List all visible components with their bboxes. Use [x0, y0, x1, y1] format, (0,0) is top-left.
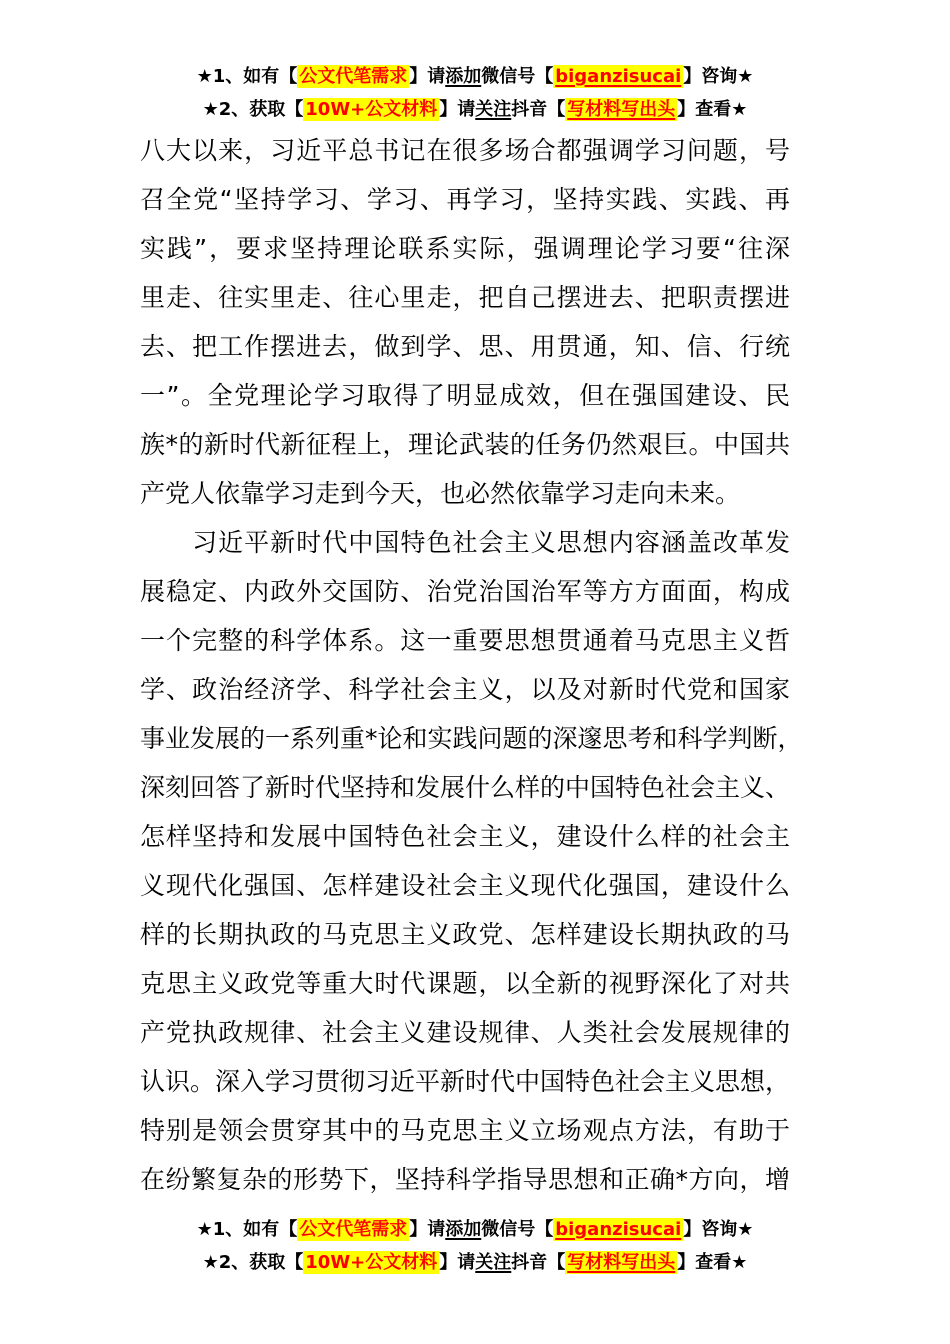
promo-suffix: 】咨询★ — [683, 1219, 753, 1240]
body-line: 实践”，要求坚持理论联系实际，强调理论学习要“往深 — [140, 224, 790, 273]
promo-mid2: 抖音【 — [511, 1252, 565, 1273]
paragraph-1: 八大以来，习近平总书记在很多场合都强调学习问题，号 召全党“坚持学习、学习、再学… — [140, 126, 790, 518]
material-highlight: 10W+公文材料 — [303, 98, 439, 121]
body-line: 克思主义政党等重大时代课题，以全新的视野深化了对共 — [140, 959, 790, 1008]
body-line: 召全党“坚持学习、学习、再学习，坚持实践、实践、再 — [140, 175, 790, 224]
douyin-account-highlight: 写材料写出头 — [565, 98, 677, 121]
body-line: 里走、往实里走、往心里走，把自己摆进去、把职责摆进 — [140, 273, 790, 322]
promo-mid: 】请 — [439, 1252, 475, 1273]
body-line: 认识。深入学习贯彻习近平新时代中国特色社会主义思想， — [140, 1057, 790, 1106]
promo-prefix: ★2、获取【 — [203, 1252, 304, 1273]
promo-line-2: ★2、获取【10W+公文材料】请关注抖音【写材料写出头】查看★ — [0, 1246, 950, 1279]
body-line: 展稳定、内政外交国防、治党治国治军等方方面面，构成 — [140, 567, 790, 616]
body-line: 八大以来，习近平总书记在很多场合都强调学习问题，号 — [140, 126, 790, 175]
underlined-action-follow: 关注 — [475, 99, 511, 120]
document-body: 八大以来，习近平总书记在很多场合都强调学习问题，号 召全党“坚持学习、学习、再学… — [140, 126, 790, 1204]
promo-mid2: 微信号【 — [481, 66, 553, 87]
promo-suffix: 】查看★ — [677, 99, 747, 120]
body-line: 族*的新时代新征程上，理论武装的任务仍然艰巨。中国共 — [140, 420, 790, 469]
underlined-action-add: 添加 — [445, 1219, 481, 1240]
promo-suffix: 】咨询★ — [683, 66, 753, 87]
body-line: 一个完整的科学体系。这一重要思想贯通着马克思主义哲 — [140, 616, 790, 665]
promo-mid2: 抖音【 — [511, 99, 565, 120]
promo-suffix: 】查看★ — [677, 1252, 747, 1273]
body-line: 产党执政规律、社会主义建设规律、人类社会发展规律的 — [140, 1008, 790, 1057]
promo-header: ★1、如有【公文代笔需求】请添加微信号【biganzisucai】咨询★ ★2、… — [0, 60, 950, 126]
promo-line-2: ★2、获取【10W+公文材料】请关注抖音【写材料写出头】查看★ — [0, 93, 950, 126]
underlined-action-follow: 关注 — [475, 1252, 511, 1273]
promo-line-1: ★1、如有【公文代笔需求】请添加微信号【biganzisucai】咨询★ — [0, 60, 950, 93]
promo-line-1: ★1、如有【公文代笔需求】请添加微信号【biganzisucai】咨询★ — [0, 1213, 950, 1246]
promo-prefix: ★1、如有【 — [197, 1219, 298, 1240]
body-line: 深刻回答了新时代坚持和发展什么样的中国特色社会主义、 — [140, 763, 790, 812]
body-line: 产党人依靠学习走到今天，也必然依靠学习走向未来。 — [140, 469, 790, 518]
body-line: 特别是领会贯穿其中的马克思主义立场观点方法，有助于 — [140, 1106, 790, 1155]
service-highlight: 公文代笔需求 — [297, 1218, 409, 1241]
material-highlight: 10W+公文材料 — [303, 1251, 439, 1274]
wechat-id-highlight: biganzisucai — [553, 1218, 683, 1241]
service-highlight: 公文代笔需求 — [297, 65, 409, 88]
body-line: 事业发展的一系列重*论和实践问题的深邃思考和科学判断， — [140, 714, 790, 763]
body-line: 义现代化强国、怎样建设社会主义现代化强国，建设什么 — [140, 861, 790, 910]
promo-prefix: ★2、获取【 — [203, 99, 304, 120]
promo-footer: ★1、如有【公文代笔需求】请添加微信号【biganzisucai】咨询★ ★2、… — [0, 1213, 950, 1279]
body-line: 样的长期执政的马克思主义政党、怎样建设长期执政的马 — [140, 910, 790, 959]
promo-mid: 】请 — [439, 99, 475, 120]
promo-prefix: ★1、如有【 — [197, 66, 298, 87]
wechat-id-highlight: biganzisucai — [553, 65, 683, 88]
paragraph-2: 习近平新时代中国特色社会主义思想内容涵盖改革发 展稳定、内政外交国防、治党治国治… — [140, 518, 790, 1204]
body-line: 习近平新时代中国特色社会主义思想内容涵盖改革发 — [140, 518, 790, 567]
promo-mid: 】请 — [409, 66, 445, 87]
promo-mid: 】请 — [409, 1219, 445, 1240]
document-page: ★1、如有【公文代笔需求】请添加微信号【biganzisucai】咨询★ ★2、… — [0, 0, 950, 1344]
douyin-account-highlight: 写材料写出头 — [565, 1251, 677, 1274]
promo-mid2: 微信号【 — [481, 1219, 553, 1240]
body-line: 去、把工作摆进去，做到学、思、用贯通，知、信、行统 — [140, 322, 790, 371]
body-line: 学、政治经济学、科学社会主义，以及对新时代党和国家 — [140, 665, 790, 714]
body-line: 怎样坚持和发展中国特色社会主义，建设什么样的社会主 — [140, 812, 790, 861]
body-line: 一”。全党理论学习取得了明显成效，但在强国建设、民 — [140, 371, 790, 420]
underlined-action-add: 添加 — [445, 66, 481, 87]
body-line: 在纷繁复杂的形势下，坚持科学指导思想和正确*方向，增 — [140, 1155, 790, 1204]
